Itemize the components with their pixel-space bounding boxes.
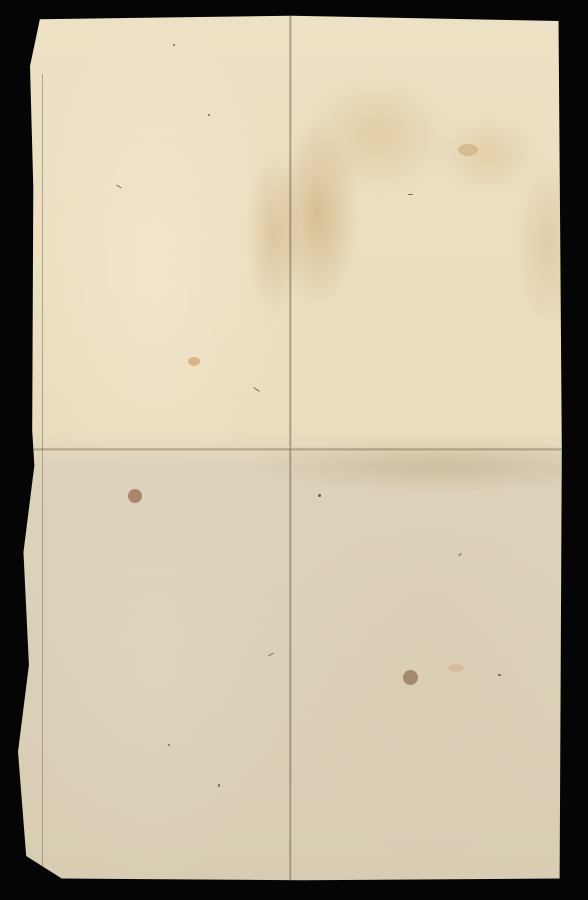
stain-spot	[403, 670, 418, 685]
stain-spot	[188, 357, 200, 366]
speck	[208, 114, 210, 116]
horizontal-fold-line	[18, 447, 564, 451]
panel-top-right	[290, 14, 564, 448]
paper-sheet	[18, 14, 564, 882]
panel-bottom-left	[18, 448, 290, 882]
speck	[408, 194, 413, 195]
speck	[498, 674, 501, 676]
speck	[168, 744, 170, 746]
panel-bottom-right	[290, 448, 564, 882]
left-margin-crease	[42, 74, 43, 874]
stain-spot	[458, 144, 478, 156]
speck	[318, 494, 321, 497]
speck	[218, 784, 220, 787]
speck	[173, 44, 175, 46]
stain-spot	[128, 489, 142, 503]
stain-spot	[448, 664, 464, 672]
panel-top-left	[18, 14, 290, 448]
